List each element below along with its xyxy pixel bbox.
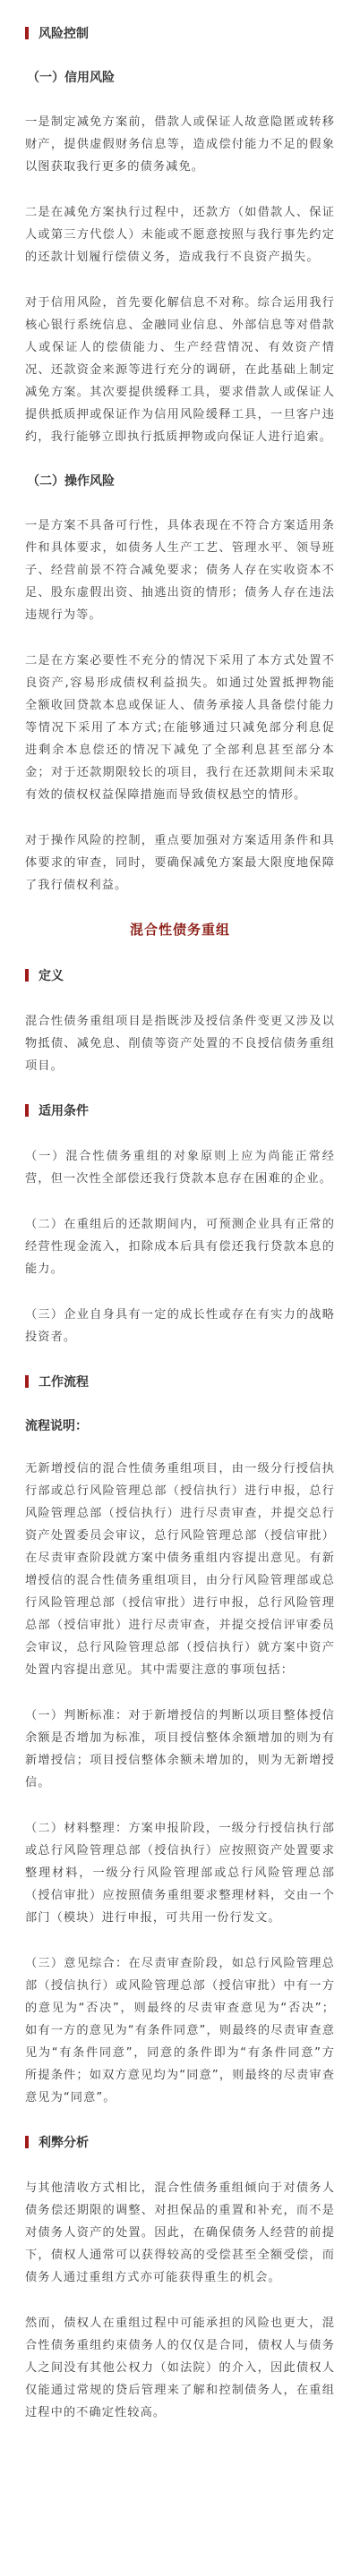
workflow-lead: 流程说明：: [25, 1416, 335, 1434]
section-heading-text: 风险控制: [39, 24, 89, 42]
section-heading-conditions: 适用条件: [25, 1101, 335, 1120]
paragraph: 对于信用风险，首先要化解信息不对称。综合运用我行核心银行系统信息、金融同业信息、…: [25, 292, 335, 448]
subheading-operational-risk: （二）操作风险: [25, 472, 335, 491]
paragraph: 一是方案不具备可行性，具体表现在不符合方案适用条件和具体要求，如债务人生产工艺、…: [25, 514, 335, 626]
section-heading-text: 定义: [39, 966, 64, 984]
paragraph: （三）意见综合：在尽责审查阶段，如总行风险管理总部（授信执行）或风险管理总部（授…: [25, 1952, 335, 2109]
paragraph: （一）判断标准：对于新增授信的判断以项目整体授信余额是否增加为标准，项目授信整体…: [25, 1705, 335, 1794]
paragraph: 对于操作风险的控制，重点要加强对方案适用条件和具体要求的审查，同时，要确保减免方…: [25, 829, 335, 897]
paragraph: 二是在减免方案执行过程中，还款方（如借款人、保证人或第三方代偿人）未能或不愿意按…: [25, 201, 335, 268]
paragraph: 然而，债权人在重组过程中可能承担的风险也更大，混合性债务重组约束债务人的仅仅是合…: [25, 2312, 335, 2424]
paragraph: （三）企业自身具有一定的成长性或存在有实力的战略投资者。: [25, 1304, 335, 1348]
section-bar-icon: [25, 1104, 29, 1117]
article: 风险控制 （一）信用风险 一是制定减免方案前，借款人或保证人故意隐匿或转移财产，…: [0, 0, 360, 2465]
paragraph: 混合性债务重组项目是指既涉及授信条件变更又涉及以物抵债、减免息、削债等资产处置的…: [25, 1010, 335, 1077]
section-bar-icon: [25, 2136, 29, 2148]
chapter-title: 混合性债务重组: [25, 920, 335, 939]
section-heading-pros-cons: 利弊分析: [25, 2132, 335, 2152]
paragraph: （二）材料整理：方案申报阶段，一级分行授信执行部或总行风险管理总部（授信执行）应…: [25, 1817, 335, 1929]
section-heading-text: 适用条件: [39, 1101, 89, 1119]
paragraph: 与其他清收方式相比，混合性债务重组倾向于对债务人债务偿还期限的调整、对担保品的重…: [25, 2177, 335, 2289]
paragraph: 一是制定减免方案前，借款人或保证人故意隐匿或转移财产，提供虚假财务信息等，造成偿…: [25, 111, 335, 178]
section-bar-icon: [25, 969, 29, 982]
paragraph: （二）在重组后的还款期间内，可预测企业具有正常的经营性现金流入，扣除成本后具有偿…: [25, 1213, 335, 1280]
section-heading-text: 工作流程: [39, 1373, 89, 1390]
paragraph: 二是在方案必要性不充分的情况下采用了本方式处置不良资产,容易形成债权利益损失。如…: [25, 650, 335, 806]
section-heading-risk-control: 风险控制: [25, 23, 335, 43]
section-heading-text: 利弊分析: [39, 2133, 89, 2151]
section-heading-workflow: 工作流程: [25, 1372, 335, 1391]
section-bar-icon: [25, 27, 29, 39]
subheading-credit-risk: （一）信用风险: [25, 68, 335, 88]
paragraph: （一）混合性债务重组的对象原则上应为尚能正常经营，但一次性全部偿还我行贷款本息存…: [25, 1145, 335, 1190]
section-bar-icon: [25, 1375, 29, 1388]
section-heading-definition: 定义: [25, 965, 335, 985]
paragraph: 无新增授信的混合性债务重组项目，由一级分行授信执行部或总行风险管理总部（授信执行…: [25, 1458, 335, 1681]
